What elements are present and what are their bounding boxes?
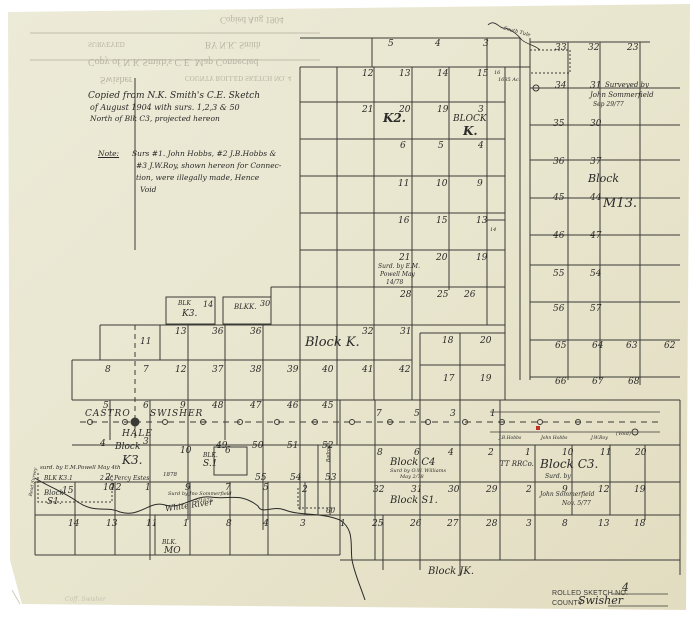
void-tag: (Void)	[616, 432, 631, 437]
section-number: 68	[628, 378, 639, 387]
section-number: 36	[212, 328, 223, 337]
section-number: 40	[322, 366, 333, 375]
section-number: 3	[526, 520, 532, 529]
county-label-swisher: SWISHER	[150, 410, 203, 419]
note-line4: Void	[140, 186, 156, 194]
map-sheet: Copied Aug 1904 SURVEYED BY N.K. Smith C…	[0, 0, 700, 622]
section-number: 19	[480, 375, 491, 384]
section-number: 14	[437, 70, 448, 79]
section-number: 29	[486, 486, 497, 495]
block-c4-label: Block C4	[390, 458, 435, 468]
ghost-text-5: Swisher	[100, 74, 132, 84]
section-number: 32	[373, 486, 384, 495]
jw-roy-label: J.W.Roy	[591, 437, 608, 442]
section-number: 3	[483, 40, 489, 49]
section-number: 55	[553, 270, 564, 279]
section-number: 36	[553, 158, 564, 167]
section-number: 17	[443, 375, 454, 384]
section-number: 8	[562, 520, 568, 529]
section-number: 1	[183, 520, 189, 529]
section-number: 10	[436, 180, 447, 189]
section-number: 37	[212, 366, 223, 375]
ghost-text-2: SURVEYED	[88, 40, 125, 47]
section-number: 6	[143, 402, 149, 411]
block-m13-label-a: Block	[588, 173, 619, 184]
summerfield-mid-note-1: Surd by Jno Sommerfield	[168, 492, 232, 497]
section-number: 4	[478, 142, 484, 151]
section-number: 47	[250, 402, 261, 411]
section-number: 4	[435, 40, 441, 49]
blk-k3-box-label-a: BLK	[178, 301, 191, 307]
section-number: 20	[635, 449, 646, 458]
k3-year-note: 1878	[163, 473, 177, 479]
block-k3-label-a: Block	[115, 443, 140, 452]
section-number: 13	[476, 217, 487, 226]
note-label: Note:	[98, 150, 119, 158]
section-number: 23	[627, 44, 638, 53]
section-number: 55	[255, 474, 266, 483]
summerfield-note-1: Surveyed by	[605, 82, 649, 89]
section-number: 8	[377, 449, 383, 458]
section-number: 37	[590, 158, 601, 167]
section-number: 46	[287, 402, 298, 411]
john-hobbs-label: John Hobbs	[541, 437, 567, 442]
section-number: 20	[480, 337, 491, 346]
section-number: 2	[488, 449, 494, 458]
county-label-hale: HALE	[122, 430, 153, 439]
percy-note: 2 or Percy Estes	[100, 476, 149, 482]
section-number: 54	[290, 474, 301, 483]
section-number: 46	[553, 232, 564, 241]
section-number: 66	[555, 378, 566, 387]
block-c3-label: Block C3.	[540, 458, 598, 470]
block-s1-label: Block S1.	[390, 496, 438, 506]
section-number: 15	[477, 70, 488, 79]
block-k-top-label-b: K.	[463, 125, 478, 137]
block-k3-label-b: K3.	[122, 454, 142, 466]
section-number: 21	[362, 106, 373, 115]
section-number: 27	[447, 520, 458, 529]
section-number: 1	[525, 449, 531, 458]
section-number: 21	[399, 254, 410, 263]
section-number: 51	[287, 442, 298, 451]
rolled-sketch-number: 4	[622, 582, 629, 593]
section-number: 4	[100, 440, 106, 449]
section-number: 53	[325, 474, 336, 483]
section-number: 34	[555, 82, 566, 91]
section-number: 10	[103, 484, 114, 493]
section-number: 26	[410, 520, 421, 529]
acres-1635-label: 1635 Ac.	[498, 78, 520, 83]
ghost-text-4: Copy of N.K.Smith's C.E. Map Connected	[88, 56, 258, 66]
section-number: 16	[398, 217, 409, 226]
section-number: 42	[399, 366, 410, 375]
summerfield-note-2: John Sommerfield	[590, 92, 654, 99]
section-number: 6	[400, 142, 406, 151]
note-line3: tion, were illegally made, Hence	[136, 174, 259, 182]
jb-hobbs-label: J.B.Hobbs	[499, 437, 521, 442]
c3-surveyed-note-3: Nov. 5/77	[562, 501, 591, 507]
powell-note-1: Surd. by E.M.	[378, 264, 420, 270]
section-number: 33	[555, 44, 566, 53]
section-number: 11	[398, 180, 409, 189]
section-number: 4	[448, 449, 454, 458]
section-number: 14	[68, 520, 79, 529]
section-number: 48	[212, 402, 223, 411]
section-number: 64	[592, 342, 603, 351]
section-number: 11	[600, 449, 611, 458]
c3-surveyed-note-1: Surd. by	[545, 474, 571, 480]
section-number: 11	[146, 520, 157, 529]
section-number: 5	[263, 484, 269, 493]
section-number: 44	[590, 194, 601, 203]
blk-k3-1-label: BLK K3.1	[44, 476, 73, 482]
section-number: 25	[372, 520, 383, 529]
section-number: 63	[626, 342, 637, 351]
section-number: 54	[590, 270, 601, 279]
section-number: 5	[414, 410, 420, 419]
red-marker	[536, 426, 540, 430]
title-note-line2: of August 1904 with surs. 1,2,3 & 50	[90, 104, 240, 112]
section-number: 9	[477, 180, 483, 189]
title-note-line1: Copied from N.K. Smith's C.E. Sketch	[88, 92, 260, 101]
ghost-text-1: Copied Aug 1904	[220, 15, 284, 24]
block-st-label-b: S1.	[47, 498, 62, 507]
section-number: 56	[553, 305, 564, 314]
section-number: 38	[250, 366, 261, 375]
section-number: 50	[252, 442, 263, 451]
block-k-label: Block K.	[305, 336, 360, 349]
section-number: 57	[590, 305, 601, 314]
note-line2: #3 J.W.Roy, shown hereon for Connec-	[136, 162, 281, 170]
section-number: 1	[490, 410, 496, 419]
section-number: 65	[555, 342, 566, 351]
tt-rr-label: TT RRCo.	[500, 461, 534, 468]
section-number: 32	[588, 44, 599, 53]
section-number: 35	[553, 120, 564, 129]
k3-surveyed-note: surd. by E.M.Powell May 4th	[40, 466, 121, 472]
section-number: 2	[302, 486, 308, 495]
section-number: 19	[437, 106, 448, 115]
section-number: 32	[362, 328, 373, 337]
block-m13-label-b: M13.	[603, 197, 637, 210]
section-number: 19	[634, 486, 645, 495]
section-number: 18	[442, 337, 453, 346]
section-number: 3	[450, 410, 456, 419]
blkk-label: BLKK.	[234, 304, 256, 311]
section-number: 13	[399, 70, 410, 79]
c4-surveyed-note-2: May 2/78	[400, 475, 424, 480]
section-number: 67	[592, 378, 603, 387]
ghost-text-6: COUNTY ROLLED SKETCH NO. 4	[185, 74, 291, 81]
section-number: 47	[590, 232, 601, 241]
section-number: 1	[145, 484, 151, 493]
section-number: 20	[436, 254, 447, 263]
section-number: 62	[664, 342, 675, 351]
section-number: 7	[143, 366, 149, 375]
section-number: 3	[300, 520, 306, 529]
ghost-text-3: BY N.K. Smith	[205, 40, 261, 49]
section-number: 28	[486, 520, 497, 529]
powell-note-2: Powell May	[380, 272, 415, 278]
section-number: 31	[590, 82, 601, 91]
section-number: 30	[448, 486, 459, 495]
section-number: 19	[476, 254, 487, 263]
section-number: 45	[553, 194, 564, 203]
section-number: 28	[400, 291, 411, 300]
section-number: 30	[590, 120, 601, 129]
section-number: 8	[105, 366, 111, 375]
section-number: 26	[464, 291, 475, 300]
section-number: 5	[438, 142, 444, 151]
section-number: 31	[411, 486, 422, 495]
section-number: 5	[388, 40, 394, 49]
section-number: 4	[263, 520, 269, 529]
section-number: 7	[376, 410, 382, 419]
section-number: 14	[203, 301, 213, 309]
c3-surveyed-note-2: John Sommerfield	[540, 492, 595, 498]
section-number: 18	[634, 520, 645, 529]
block-k2-label: K2.	[383, 112, 406, 124]
railroad-label: Railroad	[327, 443, 332, 462]
note-line1: Surs #1. John Hobbs, #2 J.B.Hobbs &	[132, 150, 276, 158]
blk-s1-label-b: S.1	[203, 460, 217, 469]
section-number: 11	[140, 338, 151, 347]
section-number: 45	[322, 402, 333, 411]
section-number: 2	[526, 486, 532, 495]
section-number: 6	[225, 447, 231, 456]
section-number: 31	[400, 328, 411, 337]
section-number: 13	[175, 328, 186, 337]
section-number: 12	[175, 366, 186, 375]
section-number: 16	[494, 71, 500, 76]
section-number: 13	[106, 520, 117, 529]
block-jk-label: Block JK.	[428, 567, 474, 577]
section-number: 8	[226, 520, 232, 529]
title-note-line3: North of Blk C3, projected hereon	[90, 115, 220, 123]
section-number: 1	[340, 520, 346, 529]
county-stamp-value: Swisher	[578, 595, 623, 606]
section-number: 12	[598, 486, 609, 495]
blk-k3-box-label-b: K3.	[182, 310, 197, 319]
section-number: 10	[180, 447, 191, 456]
faint-bottom-text: Coff. Swisher	[65, 597, 106, 603]
section-number: 14	[490, 228, 496, 233]
section-number: 13	[598, 520, 609, 529]
section-number: 12	[362, 70, 373, 79]
county-label-castro: CASTRO	[85, 410, 131, 419]
section-number: 25	[437, 291, 448, 300]
powell-note-3: 14/78	[386, 280, 403, 286]
summerfield-note-3: Sep 29/77	[593, 102, 624, 108]
section-number: 15	[436, 217, 447, 226]
block-st-label-a: Block	[44, 490, 64, 497]
section-number: 36	[250, 328, 261, 337]
section-number: 39	[287, 366, 298, 375]
blk-mo-label-b: MO	[164, 547, 181, 556]
section-number: 41	[362, 366, 373, 375]
section-number: 60	[326, 508, 335, 515]
section-number: 3	[143, 438, 149, 447]
block-k-top-label-a: BLOCK	[453, 115, 487, 124]
section-number: 30	[260, 300, 270, 308]
